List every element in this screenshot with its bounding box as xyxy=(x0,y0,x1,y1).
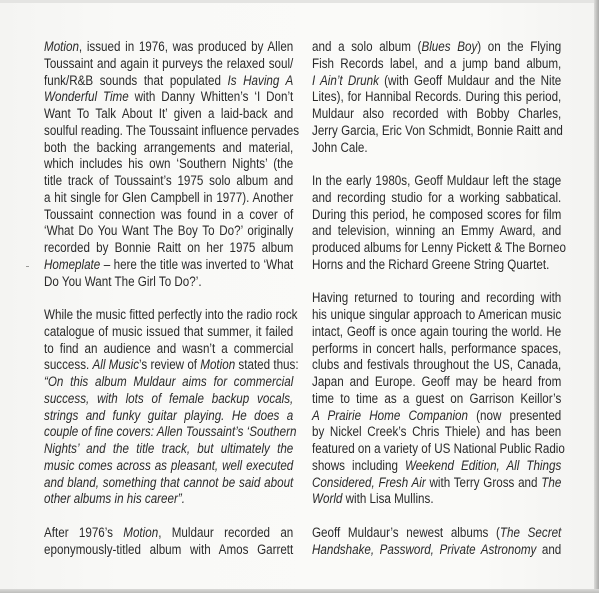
text-line: Toussaint and again it purveys the relax… xyxy=(44,56,293,73)
text-line: catalogue of music issued that summer, i… xyxy=(44,324,293,341)
text-line: and a solo album (Blues Boy) on the Flyi… xyxy=(312,39,561,56)
paragraph-gap xyxy=(44,508,293,525)
italic-text: success, with lots of female backup voca… xyxy=(44,391,293,407)
text-line: Japan and Europe. Geoff may be heard fro… xyxy=(312,374,561,391)
text-line: While the music fitted perfectly into th… xyxy=(44,307,293,324)
body-text: by Nickel Creek’s Chris Thiele) and has … xyxy=(312,424,561,440)
body-text: In the early 1980s, Geoff Muldaur left t… xyxy=(312,173,561,189)
text-line: and bland, something that cannot be said… xyxy=(44,475,293,492)
italic-text: Motion xyxy=(123,525,158,541)
body-text: intact, Geoff is once again touring the … xyxy=(312,324,561,340)
body-text: stated thus: xyxy=(235,357,298,373)
text-line: Nights’ and the title track, but ultimat… xyxy=(44,441,293,458)
body-text: both the backing arrangements and materi… xyxy=(44,140,293,156)
body-text: clubs and festivals throughout the US, C… xyxy=(312,357,561,373)
body-text: featured on a variety of US National Pub… xyxy=(312,441,565,457)
italic-text: “On this album Muldaur aims for commerci… xyxy=(44,374,293,390)
body-text: which includes his own ‘Southern Nights’… xyxy=(44,156,293,172)
text-line: Homeplate – here the title was inverted … xyxy=(44,257,293,274)
italic-text: other albums in his career”. xyxy=(44,491,185,507)
text-line: featured on a variety of US National Pub… xyxy=(312,441,561,458)
text-line: John Cale. xyxy=(312,140,561,157)
text-line: A Prairie Home Companion (now presented xyxy=(312,408,561,425)
body-text: and a solo album ( xyxy=(312,39,421,55)
text-line: time to time as a guest on Garrison Keil… xyxy=(312,391,561,408)
body-text: with Terry Gross and xyxy=(426,475,541,491)
scan-speck xyxy=(26,266,29,267)
text-line: and recording studio for a working sabba… xyxy=(312,190,561,207)
body-text: shows including xyxy=(312,458,405,474)
right-text-column: and a solo album (Blues Boy) on the Flyi… xyxy=(312,39,561,558)
text-line: eponymously-titled album with Amos Garre… xyxy=(44,542,293,559)
paragraph-gap xyxy=(312,156,561,173)
text-line: Considered, Fresh Air with Terry Gross a… xyxy=(312,475,561,492)
italic-text: Homeplate xyxy=(44,257,100,273)
text-line: Motion, issued in 1976, was produced by … xyxy=(44,39,293,56)
body-text: Jerry Garcia, Eric Von Schmidt, Bonnie R… xyxy=(312,123,563,139)
paragraph-gap xyxy=(44,290,293,307)
italic-text: Nights’ and the title track, but ultimat… xyxy=(44,441,293,457)
italic-text: World xyxy=(312,491,342,507)
body-text: funk/R&B sounds that populated xyxy=(44,73,228,89)
text-line: music comes across as pleasant, well exe… xyxy=(44,458,293,475)
text-line: funk/R&B sounds that populated Is Having… xyxy=(44,73,293,90)
body-text: Horns and the Richard Greene String Quar… xyxy=(312,257,549,273)
text-line: During this period, he composed scores f… xyxy=(312,207,561,224)
italic-text: strings and funky guitar playing. He doe… xyxy=(44,408,293,424)
body-text: time to time as a guest on Garrison Keil… xyxy=(312,391,561,407)
text-line: which includes his own ‘Southern Nights’… xyxy=(44,156,293,173)
body-text: a hit single for Glen Campbell in 1977).… xyxy=(44,190,293,206)
text-line: Horns and the Richard Greene String Quar… xyxy=(312,257,561,274)
text-line: ‘What Do You Want The Boy To Do?’ origin… xyxy=(44,223,293,240)
text-line: Fish Records label, and a jump band albu… xyxy=(312,56,561,73)
bottom-page-edge xyxy=(0,589,599,593)
body-text: Having returned to touring and recording… xyxy=(312,290,561,306)
text-line: and television, winning an Emmy Award, a… xyxy=(312,223,561,240)
body-text: While the music fitted perfectly into th… xyxy=(44,307,297,323)
italic-text: couple of fine covers: Allen Toussaint’s… xyxy=(44,424,296,440)
text-line: success, with lots of female backup voca… xyxy=(44,391,293,408)
body-text: ‘What Do You Want The Boy To Do?’ origin… xyxy=(44,223,293,239)
italic-text: Wonderful Time xyxy=(44,89,129,105)
italic-text: Blues Boy xyxy=(421,39,477,55)
body-text: recorded by Bonnie Raitt on her 1975 alb… xyxy=(44,240,293,256)
text-line: couple of fine covers: Allen Toussaint’s… xyxy=(44,424,293,441)
text-line: In the early 1980s, Geoff Muldaur left t… xyxy=(312,173,561,190)
body-text: and xyxy=(536,542,561,558)
body-text: Fish Records label, and a jump band albu… xyxy=(312,56,561,72)
text-line: his unique singular approach to American… xyxy=(312,307,561,324)
text-line: Jerry Garcia, Eric Von Schmidt, Bonnie R… xyxy=(312,123,561,140)
text-line: success. All Music’s review of Motion st… xyxy=(44,357,293,374)
italic-text: A Prairie Home Companion xyxy=(312,408,468,424)
text-line: I Ain’t Drunk (with Geoff Muldaur and th… xyxy=(312,73,561,90)
body-text: ’s review of xyxy=(139,357,200,373)
body-text: to find an audience and wasn’t a commerc… xyxy=(44,341,293,357)
italic-text: music comes across as pleasant, well exe… xyxy=(44,458,293,474)
text-line: Do You Want The Girl To Do?’. xyxy=(44,274,293,291)
text-line: other albums in his career”. xyxy=(44,491,293,508)
body-text: performs in concert halls, performance s… xyxy=(312,341,561,357)
text-line: produced albums for Lenny Pickett & The … xyxy=(312,240,561,257)
top-page-shadow xyxy=(0,0,599,3)
text-line: World with Lisa Mullins. xyxy=(312,491,561,508)
body-text: Toussaint and again it purveys the relax… xyxy=(44,56,293,72)
body-text: with Lisa Mullins. xyxy=(342,491,433,507)
body-text: and television, winning an Emmy Award, a… xyxy=(312,223,561,239)
body-text: During this period, he composed scores f… xyxy=(312,207,561,223)
italic-text: All Music xyxy=(92,357,139,373)
italic-text: The Secret xyxy=(500,525,561,541)
booklet-page: Motion, issued in 1976, was produced by … xyxy=(0,0,599,593)
body-text: soulful reading. The Toussaint influence… xyxy=(44,123,299,139)
body-text: catalogue of music issued that summer, i… xyxy=(44,324,293,340)
body-text: Lites), for Hannibal Records. During thi… xyxy=(312,89,561,105)
text-line: Handshake, Password, Private Astronomy a… xyxy=(312,542,561,559)
body-text: Japan and Europe. Geoff may be heard fro… xyxy=(312,374,561,390)
text-line: soulful reading. The Toussaint influence… xyxy=(44,123,293,140)
body-text: After 1976’s xyxy=(44,525,123,541)
text-line: “On this album Muldaur aims for commerci… xyxy=(44,374,293,391)
text-line: Muldaur also recorded with Bobby Charles… xyxy=(312,106,561,123)
body-text: his unique singular approach to American… xyxy=(312,307,561,323)
body-text: Toussaint connection was found in a cove… xyxy=(44,207,293,223)
body-text: ) on the Flying xyxy=(477,39,561,55)
text-line: shows including Weekend Edition, All Thi… xyxy=(312,458,561,475)
text-line: Wonderful Time with Danny Whitten’s ‘I D… xyxy=(44,89,293,106)
italic-text: Motion xyxy=(44,39,79,55)
body-text: , Muldaur recorded an xyxy=(158,525,293,541)
italic-text: and bland, something that cannot be said… xyxy=(44,475,293,491)
left-text-column: Motion, issued in 1976, was produced by … xyxy=(44,39,293,558)
text-line: Want To Talk About It’ given a laid-back… xyxy=(44,106,293,123)
body-text: Muldaur also recorded with Bobby Charles… xyxy=(312,106,561,122)
body-text: success. xyxy=(44,357,92,373)
text-line: strings and funky guitar playing. He doe… xyxy=(44,408,293,425)
italic-text: The xyxy=(541,475,561,491)
body-text: – here the title was inverted to ‘What xyxy=(100,257,293,273)
body-text: Want To Talk About It’ given a laid-back… xyxy=(44,106,293,122)
text-line: performs in concert halls, performance s… xyxy=(312,341,561,358)
text-line: intact, Geoff is once again touring the … xyxy=(312,324,561,341)
body-text: Do You Want The Girl To Do?’. xyxy=(44,274,202,290)
italic-text: Handshake, Password, Private Astronomy xyxy=(312,542,536,558)
body-text: (with Geoff Muldaur and the Nite xyxy=(379,73,561,89)
text-line: by Nickel Creek’s Chris Thiele) and has … xyxy=(312,424,561,441)
body-text: title track of Toussaint’s 1975 solo alb… xyxy=(44,173,293,189)
paragraph-gap xyxy=(312,274,561,291)
text-line: Geoff Muldaur’s newest albums (The Secre… xyxy=(312,525,561,542)
body-text: eponymously-titled album with Amos Garre… xyxy=(44,542,293,558)
text-line: clubs and festivals throughout the US, C… xyxy=(312,357,561,374)
text-line: title track of Toussaint’s 1975 solo alb… xyxy=(44,173,293,190)
text-line: Lites), for Hannibal Records. During thi… xyxy=(312,89,561,106)
body-text: Geoff Muldaur’s newest albums ( xyxy=(312,525,500,541)
italic-text: Is Having A xyxy=(228,73,294,89)
text-line: Having returned to touring and recording… xyxy=(312,290,561,307)
italic-text: Motion xyxy=(200,357,235,373)
body-text: John Cale. xyxy=(312,140,368,156)
text-line: After 1976’s Motion, Muldaur recorded an xyxy=(44,525,293,542)
italic-text: I Ain’t Drunk xyxy=(312,73,379,89)
body-text: (now presented xyxy=(468,408,561,424)
body-text: produced albums for Lenny Pickett & The … xyxy=(312,240,566,256)
body-text: with Danny Whitten’s ‘I Don’t xyxy=(129,89,294,105)
text-line: both the backing arrangements and materi… xyxy=(44,140,293,157)
italic-text: Weekend Edition, All Things xyxy=(405,458,561,474)
italic-text: Considered, Fresh Air xyxy=(312,475,426,491)
text-line: Toussaint connection was found in a cove… xyxy=(44,207,293,224)
right-page-edge xyxy=(594,0,599,593)
paragraph-gap xyxy=(312,508,561,525)
text-line: a hit single for Glen Campbell in 1977).… xyxy=(44,190,293,207)
body-text: and recording studio for a working sabba… xyxy=(312,190,561,206)
body-text: , issued in 1976, was produced by Allen xyxy=(79,39,293,55)
text-line: to find an audience and wasn’t a commerc… xyxy=(44,341,293,358)
text-line: recorded by Bonnie Raitt on her 1975 alb… xyxy=(44,240,293,257)
